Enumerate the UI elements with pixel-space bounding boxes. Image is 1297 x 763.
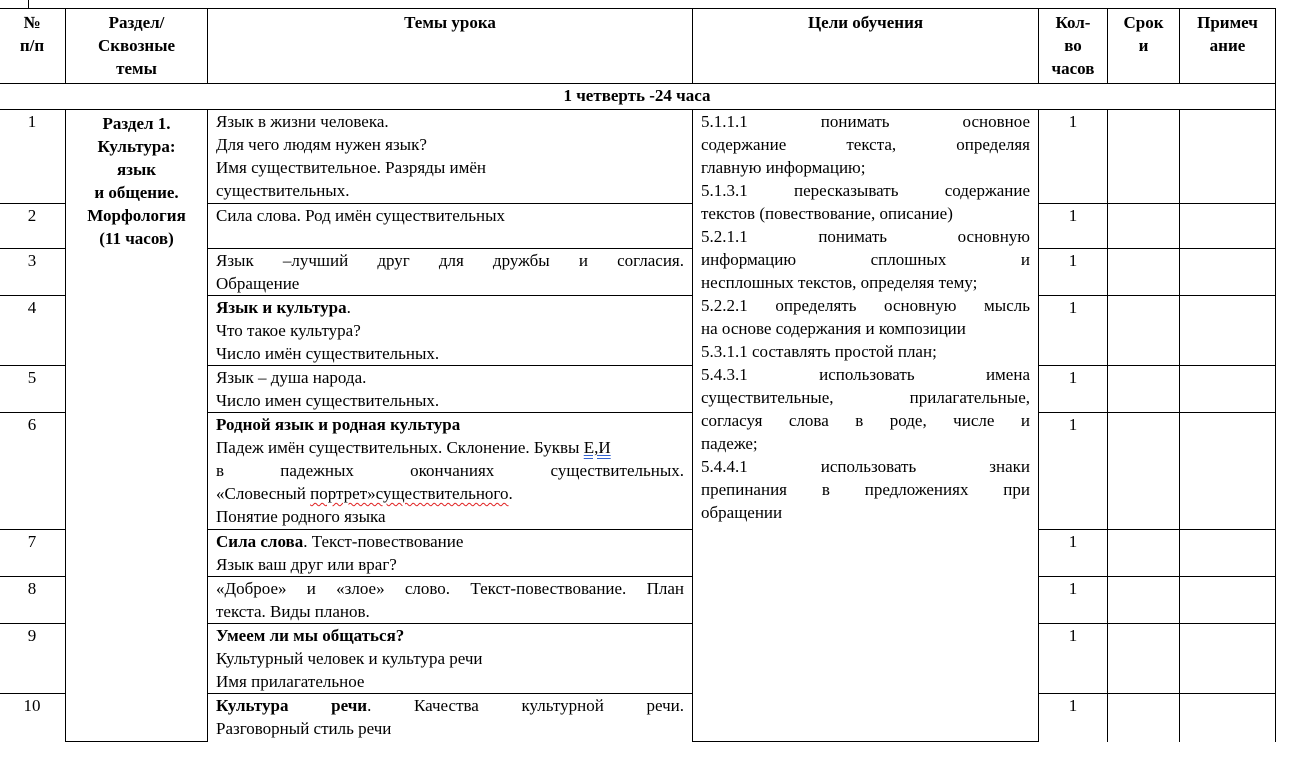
topic-text: . Качества культурной речи. xyxy=(367,696,684,715)
goal-line: обращении xyxy=(701,501,1030,524)
header-dates: Срок и xyxy=(1108,9,1180,84)
header-hours-line: Кол- xyxy=(1043,11,1103,34)
dates-cell[interactable] xyxy=(1108,366,1180,413)
lesson-topic: Сила слова. Текст-повествованиеЯзык ваш … xyxy=(208,530,693,577)
goal-line: 5.1.3.1 пересказывать содержание xyxy=(701,179,1030,202)
topic-line: Понятие родного языка xyxy=(216,505,684,528)
topic-line: Язык в жизни человека. xyxy=(216,110,684,133)
topic-text: Обращение xyxy=(216,274,299,293)
dates-cell[interactable] xyxy=(1108,296,1180,366)
section-line: (11 часов) xyxy=(72,227,201,250)
goal-line: текстов (повествование, описание) xyxy=(701,202,1030,225)
topic-bold-text: Культура речи xyxy=(216,696,367,715)
topic-text: Язык –лучший друг для дружбы и согласия. xyxy=(216,251,684,270)
topic-line: Число имен существительных. xyxy=(216,389,684,412)
hours-count: 1 xyxy=(1039,249,1108,296)
goal-line: 5.1.1.1 понимать основное xyxy=(701,110,1030,133)
lesson-topic: Умеем ли мы общаться?Культурный человек … xyxy=(208,624,693,694)
header-hours-line: во xyxy=(1043,34,1103,57)
section-line: язык xyxy=(72,158,201,181)
table-row: 1Раздел 1.Культура:языки общение.Морфоло… xyxy=(0,110,1276,204)
topic-line: Для чего людям нужен язык? xyxy=(216,133,684,156)
topic-text: . xyxy=(347,298,351,317)
goal-line: 5.2.2.1 определять основную мысль xyxy=(701,294,1030,317)
header-hours-line: часов xyxy=(1043,57,1103,80)
topic-text: Для чего людям нужен язык? xyxy=(216,135,427,154)
dates-cell[interactable] xyxy=(1108,530,1180,577)
topic-bold-text: Умеем ли мы общаться? xyxy=(216,626,404,645)
goal-line: главную информацию; xyxy=(701,156,1030,179)
section-line: Раздел 1. xyxy=(72,112,201,135)
lesson-number: 5 xyxy=(0,366,66,413)
hours-count: 1 xyxy=(1039,110,1108,204)
topic-line: Что такое культура? xyxy=(216,319,684,342)
header-num-line: № xyxy=(3,11,61,34)
topic-line: текста. Виды планов. xyxy=(216,600,684,623)
hours-count: 1 xyxy=(1039,530,1108,577)
topic-bold-text: Родной язык и родная культура xyxy=(216,415,460,434)
topic-line: Родной язык и родная культура xyxy=(216,413,684,436)
spelling-flagged-text: портрет»существительного xyxy=(310,484,508,503)
header-notes-line: Примеч xyxy=(1184,11,1271,34)
topic-text: . Текст-повествование xyxy=(303,532,463,551)
topic-line: Язык ваш друг или враг? xyxy=(216,553,684,576)
lesson-topic: Язык – душа народа.Число имен существите… xyxy=(208,366,693,413)
notes-cell[interactable] xyxy=(1180,530,1276,577)
hours-count: 1 xyxy=(1039,413,1108,530)
lesson-number: 7 xyxy=(0,530,66,577)
section-line: и общение. xyxy=(72,181,201,204)
topic-line: Обращение xyxy=(216,272,684,295)
lesson-number: 9 xyxy=(0,624,66,694)
goal-line: 5.3.1.1 составлять простой план; xyxy=(701,340,1030,363)
lesson-number: 2 xyxy=(0,204,66,249)
topic-line: Язык –лучший друг для дружбы и согласия. xyxy=(216,249,684,272)
header-dates-line: и xyxy=(1112,34,1175,57)
lesson-plan-table: № п/п Раздел/ Сквозные темы Темы урока Ц… xyxy=(0,8,1276,742)
lesson-topic: Сила слова. Род имён существительных xyxy=(208,204,693,249)
goal-line: падеже; xyxy=(701,432,1030,455)
dates-cell[interactable] xyxy=(1108,624,1180,694)
header-notes: Примеч ание xyxy=(1180,9,1276,84)
dates-cell[interactable] xyxy=(1108,694,1180,742)
goal-line: 5.4.3.1 использовать имена xyxy=(701,363,1030,386)
topic-line: Культура речи. Качества культурной речи. xyxy=(216,694,684,717)
learning-goals-cell: 5.1.1.1 понимать основноесодержание текс… xyxy=(693,110,1039,742)
header-row: № п/п Раздел/ Сквозные темы Темы урока Ц… xyxy=(0,9,1276,84)
hours-count: 1 xyxy=(1039,366,1108,413)
topic-text: Язык в жизни человека. xyxy=(216,112,389,131)
hours-count: 1 xyxy=(1039,577,1108,624)
topic-bold-text: Язык и культура xyxy=(216,298,347,317)
topic-text: Падеж имён существительных. Склонение. Б… xyxy=(216,438,584,457)
quarter-label: 1 четверть -24 часа xyxy=(0,84,1276,110)
lesson-number: 10 xyxy=(0,694,66,742)
topic-text: Культурный человек и культура речи xyxy=(216,649,483,668)
lesson-topic: Родной язык и родная культураПадеж имён … xyxy=(208,413,693,530)
topic-text: «Доброе» и «злое» слово. Текст-повествов… xyxy=(216,579,684,598)
header-num-line: п/п xyxy=(3,34,61,57)
page-crop-mark xyxy=(28,0,29,8)
topic-text: Сила слова. Род имён существительных xyxy=(216,206,505,225)
lesson-topic: Язык –лучший друг для дружбы и согласия.… xyxy=(208,249,693,296)
header-hours: Кол- во часов xyxy=(1039,9,1108,84)
notes-cell[interactable] xyxy=(1180,366,1276,413)
topic-text: Язык ваш друг или враг? xyxy=(216,555,397,574)
header-dates-line: Срок xyxy=(1112,11,1175,34)
topic-text: Язык – душа народа. xyxy=(216,368,366,387)
topic-text: существительных. xyxy=(216,181,349,200)
lesson-topic: Культура речи. Качества культурной речи.… xyxy=(208,694,693,742)
topic-text: текста. Виды планов. xyxy=(216,602,370,621)
topic-line: в падежных окончаниях существительных. xyxy=(216,459,684,482)
topic-line: Сила слова. Текст-повествование xyxy=(216,530,684,553)
quarter-row: 1 четверть -24 часа xyxy=(0,84,1276,110)
notes-cell[interactable] xyxy=(1180,624,1276,694)
lesson-topic: Язык в жизни человека.Для чего людям нуж… xyxy=(208,110,693,204)
dates-cell[interactable] xyxy=(1108,413,1180,530)
topic-text: Понятие родного языка xyxy=(216,507,386,526)
dates-cell[interactable] xyxy=(1108,577,1180,624)
header-num: № п/п xyxy=(0,9,66,84)
notes-cell[interactable] xyxy=(1180,413,1276,530)
notes-cell[interactable] xyxy=(1180,577,1276,624)
topic-line: Язык и культура. xyxy=(216,296,684,319)
notes-cell[interactable] xyxy=(1180,110,1276,204)
topic-text: Число имён существительных. xyxy=(216,344,439,363)
lesson-number: 4 xyxy=(0,296,66,366)
goal-line: на основе содержания и композиции xyxy=(701,317,1030,340)
goal-line: согласуя слова в роде, числе и xyxy=(701,409,1030,432)
header-goals: Цели обучения xyxy=(693,9,1039,84)
grammar-flagged-text: Е,И xyxy=(584,438,611,457)
dates-cell[interactable] xyxy=(1108,110,1180,204)
header-section-line: Сквозные xyxy=(70,34,203,57)
topic-text: в падежных окончаниях существительных. xyxy=(216,461,684,480)
topic-line: Умеем ли мы общаться? xyxy=(216,624,684,647)
topic-line: Культурный человек и культура речи xyxy=(216,647,684,670)
topic-text: Что такое культура? xyxy=(216,321,361,340)
topic-line: Имя прилагательное xyxy=(216,670,684,693)
topic-line: «Доброе» и «злое» слово. Текст-повествов… xyxy=(216,577,684,600)
header-section: Раздел/ Сквозные темы xyxy=(66,9,208,84)
dates-cell[interactable] xyxy=(1108,204,1180,249)
goal-line: содержание текста, определяя xyxy=(701,133,1030,156)
section-cell: Раздел 1.Культура:языки общение.Морфолог… xyxy=(66,110,208,742)
goal-line: препинания в предложениях при xyxy=(701,478,1030,501)
topic-text: . xyxy=(508,484,512,503)
topic-text: Разговорный стиль речи xyxy=(216,719,391,738)
goal-line: 5.4.4.1 использовать знаки xyxy=(701,455,1030,478)
goal-line: информацию сплошных и xyxy=(701,248,1030,271)
topic-text: Имя существительное. Разряды имён xyxy=(216,158,486,177)
goal-line: существительные, прилагательные, xyxy=(701,386,1030,409)
lesson-number: 1 xyxy=(0,110,66,204)
header-section-line: темы xyxy=(70,57,203,80)
dates-cell[interactable] xyxy=(1108,249,1180,296)
topic-text: Имя прилагательное xyxy=(216,672,364,691)
topic-text: «Словесный xyxy=(216,484,310,503)
lesson-number: 6 xyxy=(0,413,66,530)
hours-count: 1 xyxy=(1039,204,1108,249)
header-section-line: Раздел/ xyxy=(70,11,203,34)
header-notes-line: ание xyxy=(1184,34,1271,57)
section-line: Культура: xyxy=(72,135,201,158)
section-line: Морфология xyxy=(72,204,201,227)
topic-text: Число имен существительных. xyxy=(216,391,439,410)
goal-line: 5.2.1.1 понимать основную xyxy=(701,225,1030,248)
lesson-number: 8 xyxy=(0,577,66,624)
hours-count: 1 xyxy=(1039,296,1108,366)
topic-line: Число имён существительных. xyxy=(216,342,684,365)
topic-line: Сила слова. Род имён существительных xyxy=(216,204,684,227)
topic-line: Разговорный стиль речи xyxy=(216,717,684,740)
topic-line: «Словесный портрет»существительного. xyxy=(216,482,684,505)
header-topics: Темы урока xyxy=(208,9,693,84)
topic-line: Язык – душа народа. xyxy=(216,366,684,389)
notes-cell[interactable] xyxy=(1180,296,1276,366)
lesson-topic: Язык и культура.Что такое культура?Число… xyxy=(208,296,693,366)
notes-cell[interactable] xyxy=(1180,694,1276,742)
lesson-number: 3 xyxy=(0,249,66,296)
topic-bold-text: Сила слова xyxy=(216,532,303,551)
lesson-topic: «Доброе» и «злое» слово. Текст-повествов… xyxy=(208,577,693,624)
hours-count: 1 xyxy=(1039,624,1108,694)
notes-cell[interactable] xyxy=(1180,204,1276,249)
topic-line: Имя существительное. Разряды имён xyxy=(216,156,684,179)
topic-line: Падеж имён существительных. Склонение. Б… xyxy=(216,436,684,459)
goal-line: несплошных текстов, определяя тему; xyxy=(701,271,1030,294)
notes-cell[interactable] xyxy=(1180,249,1276,296)
hours-count: 1 xyxy=(1039,694,1108,742)
topic-line: существительных. xyxy=(216,179,684,202)
